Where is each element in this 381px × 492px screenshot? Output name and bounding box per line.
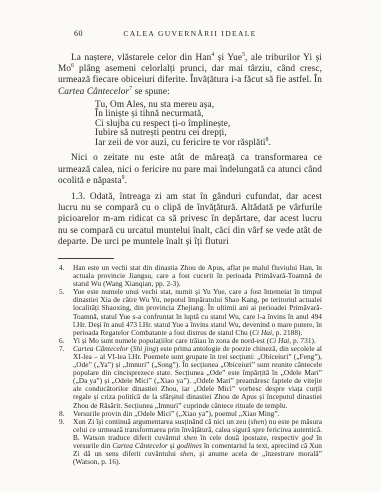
text-run: plâng asemeni celorlalți prunci, dar mai… (58, 64, 322, 85)
footnote-number: 7. (58, 345, 73, 410)
text-run: 1.3. Odată, întreaga zi am stat în gându… (58, 192, 322, 247)
footnote-item: 9.Xun Zi își continuă argumentarea susți… (58, 418, 322, 467)
text-run: Iar zeii de vor auzi, cu fericire te vor… (95, 138, 266, 148)
footnote-separator (58, 258, 114, 259)
footnote-number: 9. (58, 418, 73, 467)
text-run: La naștere, vlăstarele celor din Han (71, 53, 211, 63)
text-run: Nici o zeitate nu este atât de măreață c… (58, 153, 322, 185)
verse-quote: Tu, Om Ales, nu sta mereu așa,În liniște… (95, 101, 322, 149)
text-run: Ci slujba cu respect ți-o împlinește, (95, 119, 230, 129)
footnotes-list: 4.Han este un vechi stat din dinastia Zh… (58, 264, 322, 466)
text-run: . (125, 176, 127, 186)
text-block: 60 CALEA GUVERNĂRII IDEALE La naștere, v… (58, 29, 322, 466)
footnote-item: 4.Han este un vechi stat din dinastia Zh… (58, 264, 322, 288)
text-run: și Yue (214, 53, 242, 63)
running-title: CALEA GUVERNĂRII IDEALE (58, 29, 322, 38)
footnote-item: 7.Cartea Cântecelor (Shi jing) este prim… (58, 345, 322, 410)
book-page: 60 CALEA GUVERNĂRII IDEALE La naștere, v… (0, 0, 381, 492)
paragraph-commentary: Nici o zeitate nu este atât de măreață c… (58, 153, 322, 187)
page-header: 60 CALEA GUVERNĂRII IDEALE (58, 29, 322, 40)
italic-text: shen (180, 449, 194, 458)
paragraph-section-1-3: 1.3. Odată, întreaga zi am stat în gându… (58, 192, 322, 248)
text-run: se spune: (132, 87, 170, 97)
italic-text: Cartea Cântecelor (58, 87, 129, 97)
footnote-text: Yue este numele unui vechi stat, numit ș… (73, 288, 322, 337)
footnote-item: 5.Yue este numele unui vechi stat, numit… (58, 288, 322, 337)
text-run: Han este un vechi stat din dinastia Zhou… (73, 263, 322, 288)
text-run: ) este prima antologie de poezie chineză… (73, 344, 322, 410)
footnote-text: Xun Zi își continuă argumentarea susținâ… (73, 418, 322, 467)
footnote-number: 4. (58, 264, 73, 288)
text-run: . (269, 138, 271, 148)
text-run: Iubire să nutrești pentru cei drepți, (95, 128, 227, 138)
footnote-text: Han este un vechi stat din dinastia Zhou… (73, 264, 322, 288)
paragraph-intro: La naștere, vlăstarele celor din Han4 și… (58, 53, 322, 98)
verse-line: Iar zeii de vor auzi, cu fericire te vor… (95, 139, 322, 149)
footnote-number: 5. (58, 288, 73, 337)
text-run: În liniște și tihnă necurmată, (95, 109, 204, 119)
footnote-text: Cartea Cântecelor (Shi jing) este prima … (73, 345, 322, 410)
